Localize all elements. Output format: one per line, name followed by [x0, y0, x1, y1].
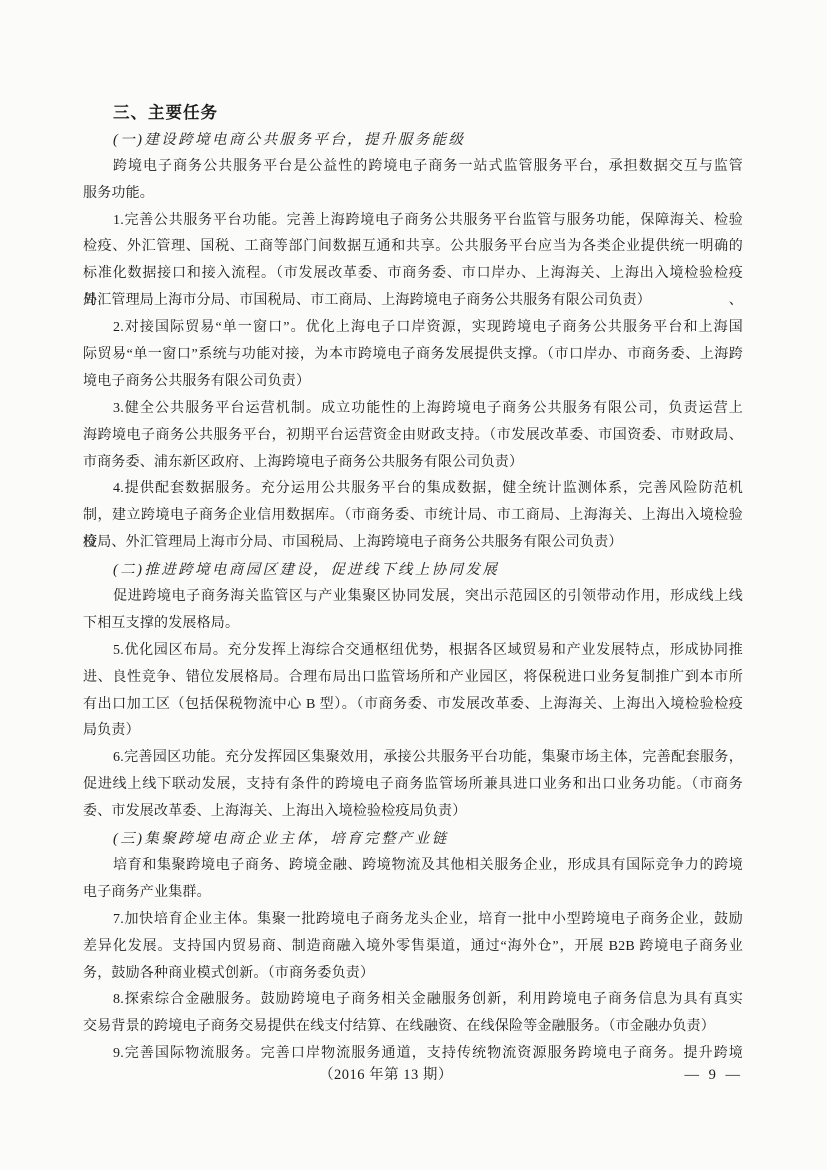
document-body: 三、主要任务(一)建设跨境电商公共服务平台，提升服务能级跨境电子商务公共服务平台… [83, 100, 743, 1068]
text-line: 标准化数据接口和接入流程。（市发展改革委、市商务委、市口岸办、上海海关、上海出入… [83, 261, 743, 288]
text-line: 市商务委、浦东新区政府、上海跨境电子商务公共服务有限公司负责） [83, 450, 743, 477]
text-line: 务，鼓励各种商业模式创新。（市商务委负责） [83, 961, 743, 988]
issue-label: （2016 年第 13 期） [83, 1062, 689, 1089]
text-line: 差异化发展。支持国内贸易商、制造商融入境外零售渠道，通过“海外仓”，开展 B2B… [83, 934, 743, 961]
text-line: 电子商务产业集群。 [83, 880, 743, 907]
text-line: 委、市发展改革委、上海海关、上海出入境检验检疫局负责） [83, 799, 743, 826]
text-line: 8.探索综合金融服务。鼓励跨境电子商务相关金融服务创新，利用跨境电子商务信息为具… [83, 987, 743, 1014]
text-line: 境电子商务公共服务有限公司负责） [83, 369, 743, 396]
text-line: 3.健全公共服务平台运营机制。成立功能性的上海跨境电子商务公共服务有限公司，负责… [83, 396, 743, 423]
text-line: 4.提供配套数据服务。充分运用公共服务平台的集成数据，健全统计监测体系，完善风险… [83, 476, 743, 503]
text-line: 服务功能。 [83, 181, 743, 208]
text-line: 跨境电子商务公共服务平台是公益性的跨境电子商务一站式监管服务平台，承担数据交互与… [83, 154, 743, 181]
subsection-heading: (三)集聚跨境电商企业主体，培育完整产业链 [83, 826, 743, 853]
section-heading: 三、主要任务 [83, 100, 743, 127]
subsection-heading: (二)推进跨境电商园区建设，促进线下线上协同发展 [83, 557, 743, 584]
text-line: 检疫、外汇管理、国税、工商等部门间数据互通和共享。公共服务平台应当为各类企业提供… [83, 234, 743, 261]
document-page: 三、主要任务(一)建设跨境电商公共服务平台，提升服务能级跨境电子商务公共服务平台… [0, 0, 827, 1170]
footer: （2016 年第 13 期） — 9 — [83, 1062, 743, 1089]
text-line: 局负责） [83, 718, 743, 745]
text-line: 制，建立跨境电子商务企业信用数据库。（市商务委、市统计局、市工商局、上海海关、上… [83, 503, 743, 530]
text-line: 1.完善公共服务平台功能。完善上海跨境电子商务公共服务平台监管与服务功能，保障海… [83, 208, 743, 235]
text-line: 促进跨境电子商务海关监管区与产业集聚区协同发展，突出示范园区的引领带动作用，形成… [83, 584, 743, 611]
subsection-heading: (一)建设跨境电商公共服务平台，提升服务能级 [83, 127, 743, 154]
text-line: 培育和集聚跨境电子商务、跨境金融、跨境物流及其他相关服务企业，形成具有国际竞争力… [83, 853, 743, 880]
text-line: 下相互支撑的发展格局。 [83, 611, 743, 638]
text-line: 外汇管理局上海市分局、市国税局、市工商局、上海跨境电子商务公共服务有限公司负责） [83, 288, 743, 315]
text-line: 际贸易“单一窗口”系统与功能对接，为本市跨境电子商务发展提供支撑。（市口岸办、市… [83, 342, 743, 369]
page-number: — 9 — [685, 1062, 744, 1089]
text-line: 疫局、外汇管理局上海市分局、市国税局、上海跨境电子商务公共服务有限公司负责） [83, 530, 743, 557]
text-line: 海跨境电子商务公共服务平台，初期平台运营资金由财政支持。（市发展改革委、市国资委… [83, 423, 743, 450]
text-line: 进、良性竞争、错位发展格局。合理布局出口监管场所和产业园区，将保税进口业务复制推… [83, 665, 743, 692]
text-line: 促进线上线下联动发展，支持有条件的跨境电子商务监管场所兼具进口业务和出口业务功能… [83, 772, 743, 799]
text-line: 7.加快培育企业主体。集聚一批跨境电子商务龙头企业，培育一批中小型跨境电子商务企… [83, 907, 743, 934]
text-line: 交易背景的跨境电子商务交易提供在线支付结算、在线融资、在线保险等金融服务。（市金… [83, 1014, 743, 1041]
text-line: 6.完善园区功能。充分发挥园区集聚效用，承接公共服务平台功能，集聚市场主体，完善… [83, 745, 743, 772]
text-line: 2.对接国际贸易“单一窗口”。优化上海电子口岸资源，实现跨境电子商务公共服务平台… [83, 315, 743, 342]
text-line: 5.优化园区布局。充分发挥上海综合交通枢纽优势，根据各区域贸易和产业发展特点，形… [83, 638, 743, 665]
text-line: 有出口加工区（包括保税物流中心 B 型）。（市商务委、市发展改革委、上海海关、上… [83, 692, 743, 719]
